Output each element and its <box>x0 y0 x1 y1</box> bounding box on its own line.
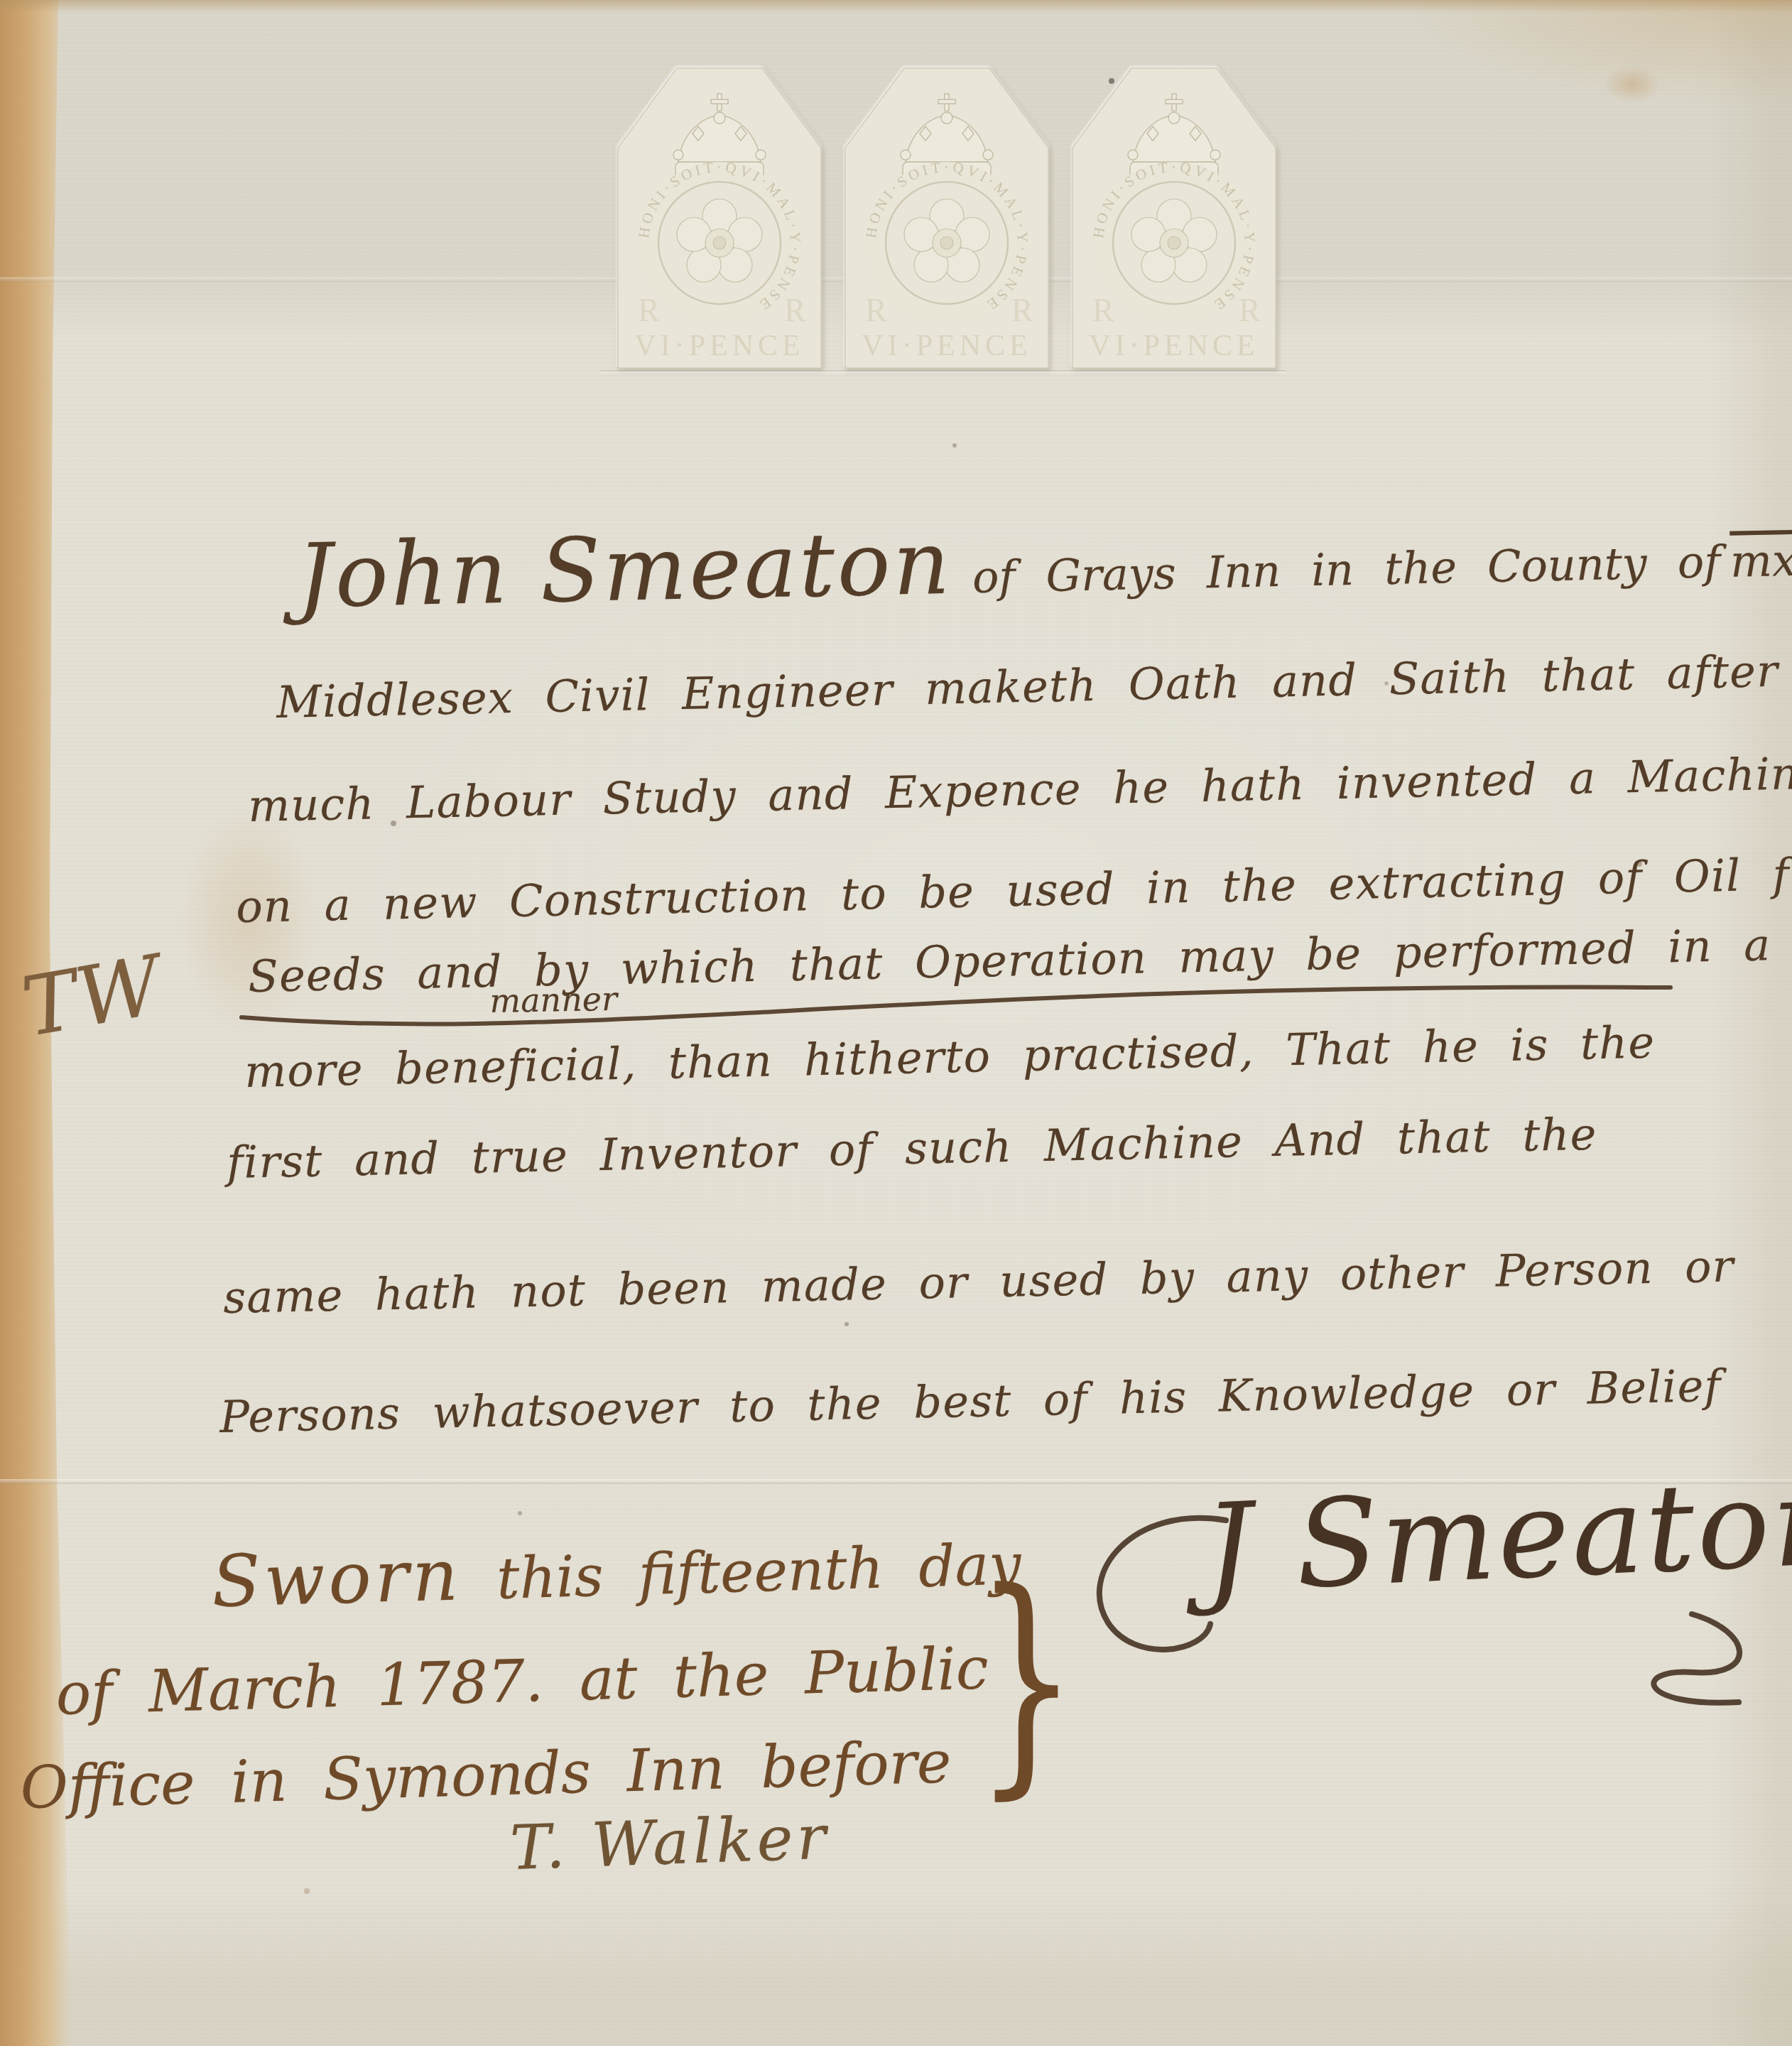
deponent-name: John Smeaton <box>296 512 953 628</box>
body-line-8: same hath not been made or used by any o… <box>222 1240 1734 1324</box>
stamp-letter-right: R <box>784 292 806 328</box>
body-line-4: on a new Construction to be used in the … <box>235 846 1792 933</box>
attestation-sworn-word: Sworn <box>211 1533 463 1623</box>
attestation-line-1: Sworn this fifteenth day <box>211 1517 1022 1623</box>
embossed-revenue-stamp: HONI·SOIT·QVI·MAL·Y·PENSE R R VI·PENCE <box>1071 64 1277 369</box>
stamp-letter-right: R <box>1011 292 1033 328</box>
paper-stain <box>1604 65 1661 104</box>
body-line-1-rest: of Grays Inn in the County of <box>972 536 1721 603</box>
embossed-revenue-stamp: HONI·SOIT·QVI·MAL·Y·PENSE R R VI·PENCE <box>617 64 822 369</box>
manuscript-page: HONI·SOIT·QVI·MAL·Y·PENSE R R VI·PENCE <box>0 0 1792 2046</box>
stamp-graphic: HONI·SOIT·QVI·MAL·Y·PENSE R R VI·PENCE <box>1071 64 1277 369</box>
attestation-line-2: of March 1787. at the Public <box>55 1635 989 1728</box>
body-line-6: more beneficial, than hitherto practised… <box>244 1016 1656 1098</box>
stamp-letter-left: R <box>865 292 887 328</box>
witness-signature: T. Walker <box>509 1802 831 1884</box>
corner-stain <box>1394 0 1792 107</box>
inserted-word: manner <box>489 980 617 1020</box>
stamp-graphic: HONI·SOIT·QVI·MAL·Y·PENSE R R VI·PENCE <box>844 64 1050 369</box>
attestation-line-1-rest: this fifteenth day <box>461 1531 1022 1613</box>
stamp-letter-right: R <box>1239 292 1261 328</box>
paper-specks <box>0 0 3 3</box>
body-line-2: Middlesex Civil Engineer maketh Oath and… <box>276 645 1779 728</box>
revenue-stamp-row: HONI·SOIT·QVI·MAL·Y·PENSE R R VI·PENCE <box>617 64 1277 369</box>
closing-brace: } <box>974 1540 1078 1820</box>
body-line-7: first and true Inventor of such Machine … <box>226 1108 1597 1189</box>
stamp-denomination: VI·PENCE <box>1089 330 1259 362</box>
stamp-denomination: VI·PENCE <box>634 330 804 362</box>
stamp-plate-ridge <box>600 370 1286 373</box>
body-line-3: much Labour Study and Expence he hath in… <box>247 747 1792 832</box>
signature-tail-flourish <box>1653 1614 1739 1703</box>
body-line-9: Persons whatsoever to the best of his Kn… <box>219 1360 1722 1443</box>
stamp-letter-left: R <box>638 292 660 328</box>
county-abbreviation: mx <box>1729 534 1792 588</box>
body-line-1: John Smeatonof Grays Inn in the County o… <box>296 494 1792 628</box>
stamp-letter-left: R <box>1092 292 1114 328</box>
smeaton-signature: J Smeaton <box>1201 1451 1792 1620</box>
body-line-5: Seeds and by which that Operation may be… <box>247 919 1771 1002</box>
stamp-denomination: VI·PENCE <box>862 330 1031 362</box>
stamp-graphic: HONI·SOIT·QVI·MAL·Y·PENSE R R VI·PENCE <box>617 64 822 369</box>
embossed-revenue-stamp: HONI·SOIT·QVI·MAL·Y·PENSE R R VI·PENCE <box>844 64 1050 369</box>
